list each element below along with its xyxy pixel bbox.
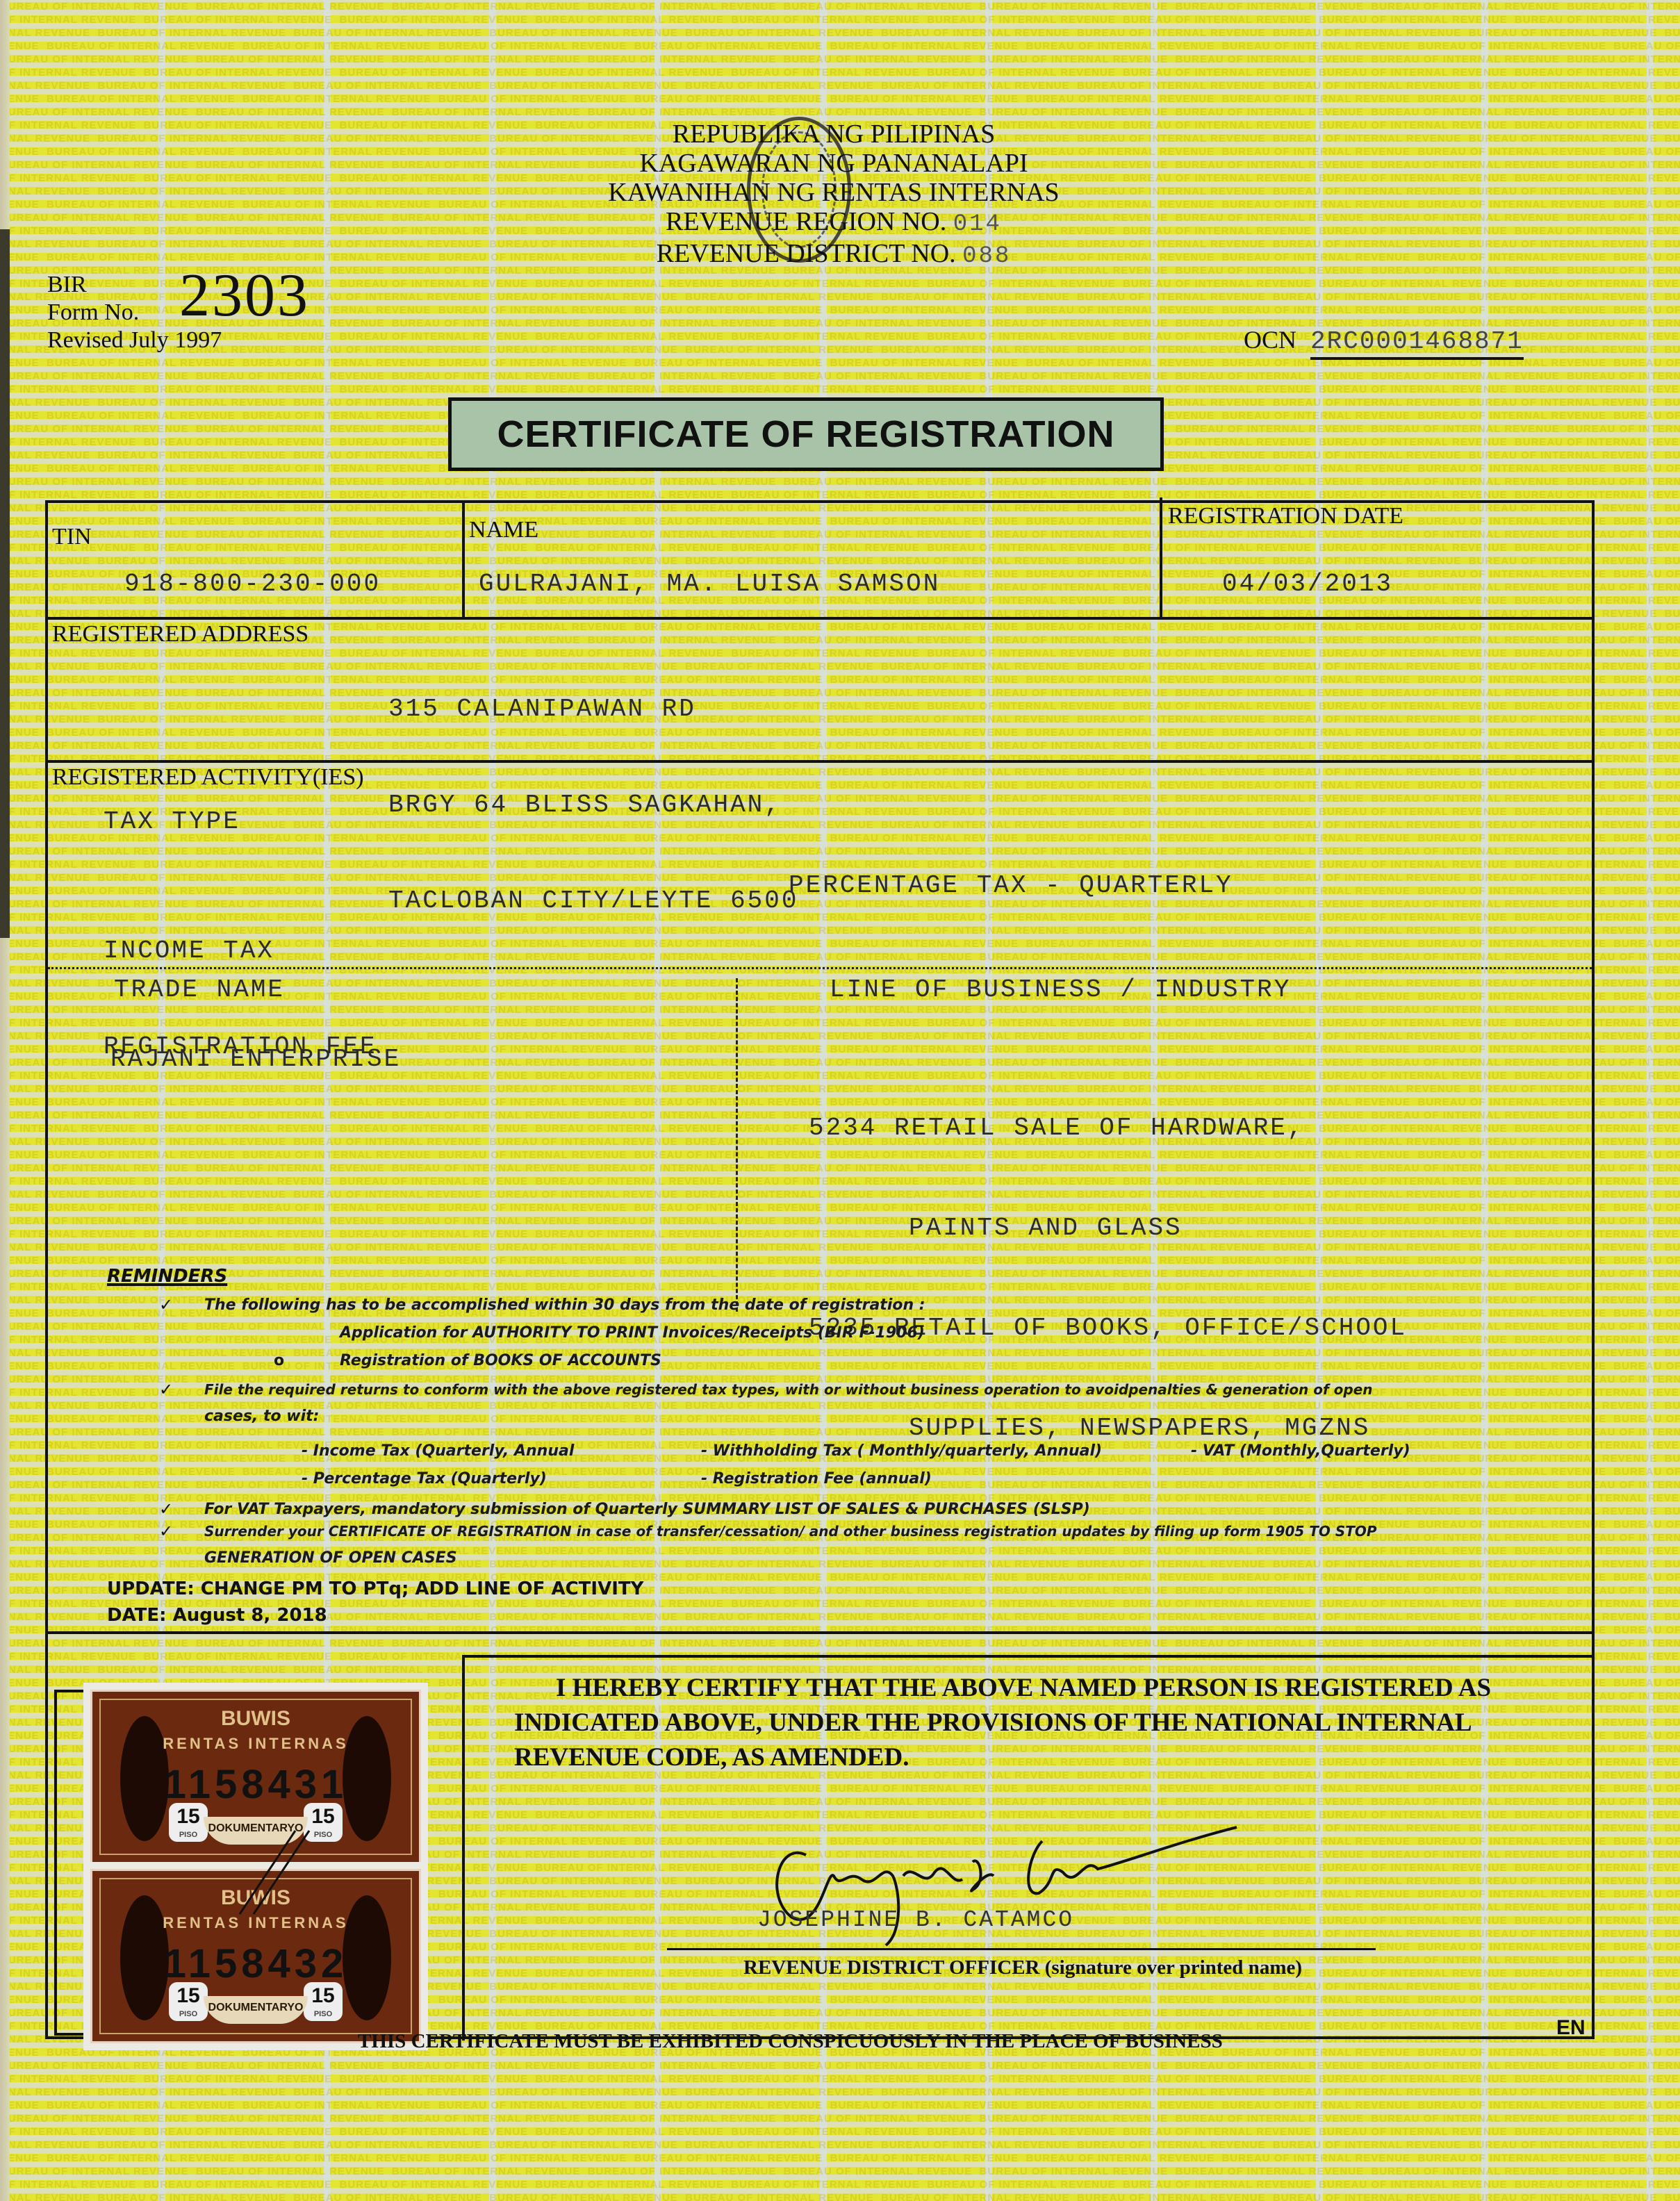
divider xyxy=(462,1655,465,2041)
lob-item-cont: PAINTS AND GLASS xyxy=(809,1212,1407,1245)
registered-activities-label: REGISTERED ACTIVITY(IES) xyxy=(52,764,364,791)
footer-code: EN xyxy=(1556,2016,1586,2040)
scan-edge xyxy=(0,0,10,2201)
display-notice: THIS CERTIFICATE MUST BE EXHIBITED CONSP… xyxy=(358,2030,1223,2053)
stamp-middle-text: RENTAS INTERNAS xyxy=(92,1735,419,1753)
stamp-serial: 1158431 xyxy=(92,1761,419,1808)
agency-header: REPUBLIKA NG PILIPINAS KAGAWARAN NG PANA… xyxy=(528,119,1139,271)
revenue-region-value: 014 xyxy=(953,211,1002,238)
divider xyxy=(48,760,1592,763)
tax-type-income: INCOME TAX xyxy=(104,935,377,967)
lob-desc-cont: PAINTS AND GLASS xyxy=(909,1214,1183,1242)
registered-address-label: REGISTERED ADDRESS xyxy=(52,621,308,648)
reminder-4-cont: GENERATION OF OPEN CASES xyxy=(204,1549,457,1567)
stamp-denomination: 15PISO xyxy=(169,1803,208,1842)
tax-type-percentage: PERCENTAGE TAX - QUARTERLY xyxy=(789,871,1233,900)
check-icon: ✓ xyxy=(159,1522,173,1541)
registration-date-label: REGISTRATION DATE xyxy=(1168,503,1403,529)
line-of-business-label: LINE OF BUSINESS / INDUSTRY xyxy=(830,975,1291,1004)
divider xyxy=(462,1655,1592,1658)
reminder-4: Surrender your CERTIFICATE OF REGISTRATI… xyxy=(204,1523,1377,1540)
officer-printed-name: JOSEPHINE B. CATAMCO xyxy=(757,1907,1074,1933)
tin-label: TIN xyxy=(52,524,92,550)
ocn-value: 2RC0001468871 xyxy=(1310,327,1524,360)
reminder-2-cont: cases, to wit: xyxy=(204,1408,319,1425)
lob-desc: RETAIL SALE OF HARDWARE, xyxy=(894,1114,1304,1142)
check-icon: ✓ xyxy=(159,1499,173,1519)
revenue-district-value: 088 xyxy=(962,243,1011,270)
revenue-region: REVENUE REGION NO. 014 xyxy=(528,207,1139,239)
revenue-district: REVENUE DISTRICT NO. 088 xyxy=(528,239,1139,271)
divider xyxy=(48,1631,1592,1634)
tax-type-label: TAX TYPE xyxy=(104,807,240,836)
ocn-field: OCN2RC0001468871 xyxy=(1244,325,1524,356)
trade-name-value: RAJANI ENTERPRISE xyxy=(110,1045,401,1073)
return-vat: - VAT (Monthly,Quarterly) xyxy=(1191,1442,1410,1460)
form-number: 2303 xyxy=(179,265,310,327)
dotted-divider xyxy=(736,978,738,1312)
check-icon: ✓ xyxy=(159,1380,173,1399)
reminder-1-sub-2: Registration of BOOKS OF ACCOUNTS xyxy=(340,1352,661,1369)
update-note: UPDATE: CHANGE PM TO PTq; ADD LINE OF AC… xyxy=(107,1578,643,1599)
cancel-mark xyxy=(229,1827,313,1918)
lob-item: 5234 RETAIL SALE OF HARDWARE, xyxy=(809,1112,1407,1145)
lob-code: 5234 xyxy=(809,1114,877,1142)
reminder-1: The following has to be accomplished wit… xyxy=(204,1296,925,1314)
divider xyxy=(48,617,1592,620)
ocn-label: OCN xyxy=(1244,326,1296,354)
tin-value: 918-800-230-000 xyxy=(124,570,381,598)
registration-date-value: 04/03/2013 xyxy=(1222,570,1393,598)
revenue-district-label: REVENUE DISTRICT NO. xyxy=(657,239,956,268)
officer-role: REVENUE DISTRICT OFFICER (signature over… xyxy=(743,1956,1302,1979)
return-withholding-tax: - Withholding Tax ( Monthly/quarterly, A… xyxy=(701,1442,1102,1460)
lob-desc: RETAIL OF BOOKS, OFFICE/SCHOOL xyxy=(894,1314,1407,1342)
return-income-tax: - Income Tax (Quarterly, Annual xyxy=(302,1442,574,1460)
reminders-title: REMINDERS xyxy=(107,1266,227,1287)
return-registration-fee: - Registration Fee (annual) xyxy=(701,1470,932,1487)
stamp-serial: 1158432 xyxy=(92,1940,419,1987)
address-line-2: BRGY 64 BLISS SAGKAHAN, xyxy=(388,789,798,821)
divider xyxy=(1160,497,1162,620)
stamp-denomination: 15PISO xyxy=(304,1982,343,2021)
lob-desc-cont: SUPPLIES, NEWSPAPERS, MGZNS xyxy=(909,1414,1370,1442)
stamp-denomination: 15PISO xyxy=(169,1982,208,2021)
return-percentage-tax: - Percentage Tax (Quarterly) xyxy=(302,1470,547,1487)
update-date: DATE: August 8, 2018 xyxy=(107,1605,327,1626)
bullet-icon: o xyxy=(274,1352,284,1369)
header-line-3: KAWANIHAN NG RENTAS INTERNAS xyxy=(528,178,1139,207)
reminder-1-sub-1: Application for AUTHORITY TO PRINT Invoi… xyxy=(340,1324,925,1342)
certification-statement: I HEREBY CERTIFY THAT THE ABOVE NAMED PE… xyxy=(514,1671,1556,1775)
revenue-region-label: REVENUE REGION NO. xyxy=(666,207,946,236)
address-line-1: 315 CALANIPAWAN RD xyxy=(388,693,798,725)
check-icon: ✓ xyxy=(159,1295,173,1314)
revised-date: Revised July 1997 xyxy=(47,327,222,354)
lob-item-cont: SUPPLIES, NEWSPAPERS, MGZNS xyxy=(809,1412,1407,1445)
name-value: GULRAJANI, MA. LUISA SAMSON xyxy=(479,570,940,598)
stamp-top-text: BUWIS xyxy=(92,1707,419,1731)
form-number-block: BIR Form No. Revised July 1997 2303 xyxy=(47,271,222,354)
reminder-2: File the required returns to conform wit… xyxy=(204,1381,1373,1398)
trade-name-label: TRADE NAME xyxy=(114,975,285,1004)
registered-address: 315 CALANIPAWAN RD BRGY 64 BLISS SAGKAHA… xyxy=(388,629,798,981)
document-title-band: CERTIFICATE OF REGISTRATION xyxy=(448,397,1164,471)
header-line-2: KAGAWARAN NG PANANALAPI xyxy=(528,149,1139,178)
header-line-1: REPUBLIKA NG PILIPINAS xyxy=(528,119,1139,149)
signature-line xyxy=(667,1948,1376,1950)
name-label: NAME xyxy=(469,517,538,543)
reminder-3: For VAT Taxpayers, mandatory submission … xyxy=(204,1501,1090,1518)
dotted-divider xyxy=(48,967,1592,969)
address-line-3: TACLOBAN CITY/LEYTE 6500 xyxy=(388,885,798,917)
divider xyxy=(462,503,465,620)
document-title: CERTIFICATE OF REGISTRATION xyxy=(497,413,1115,456)
stamp-bottom-text: DOKUMENTARYO xyxy=(204,1996,308,2024)
